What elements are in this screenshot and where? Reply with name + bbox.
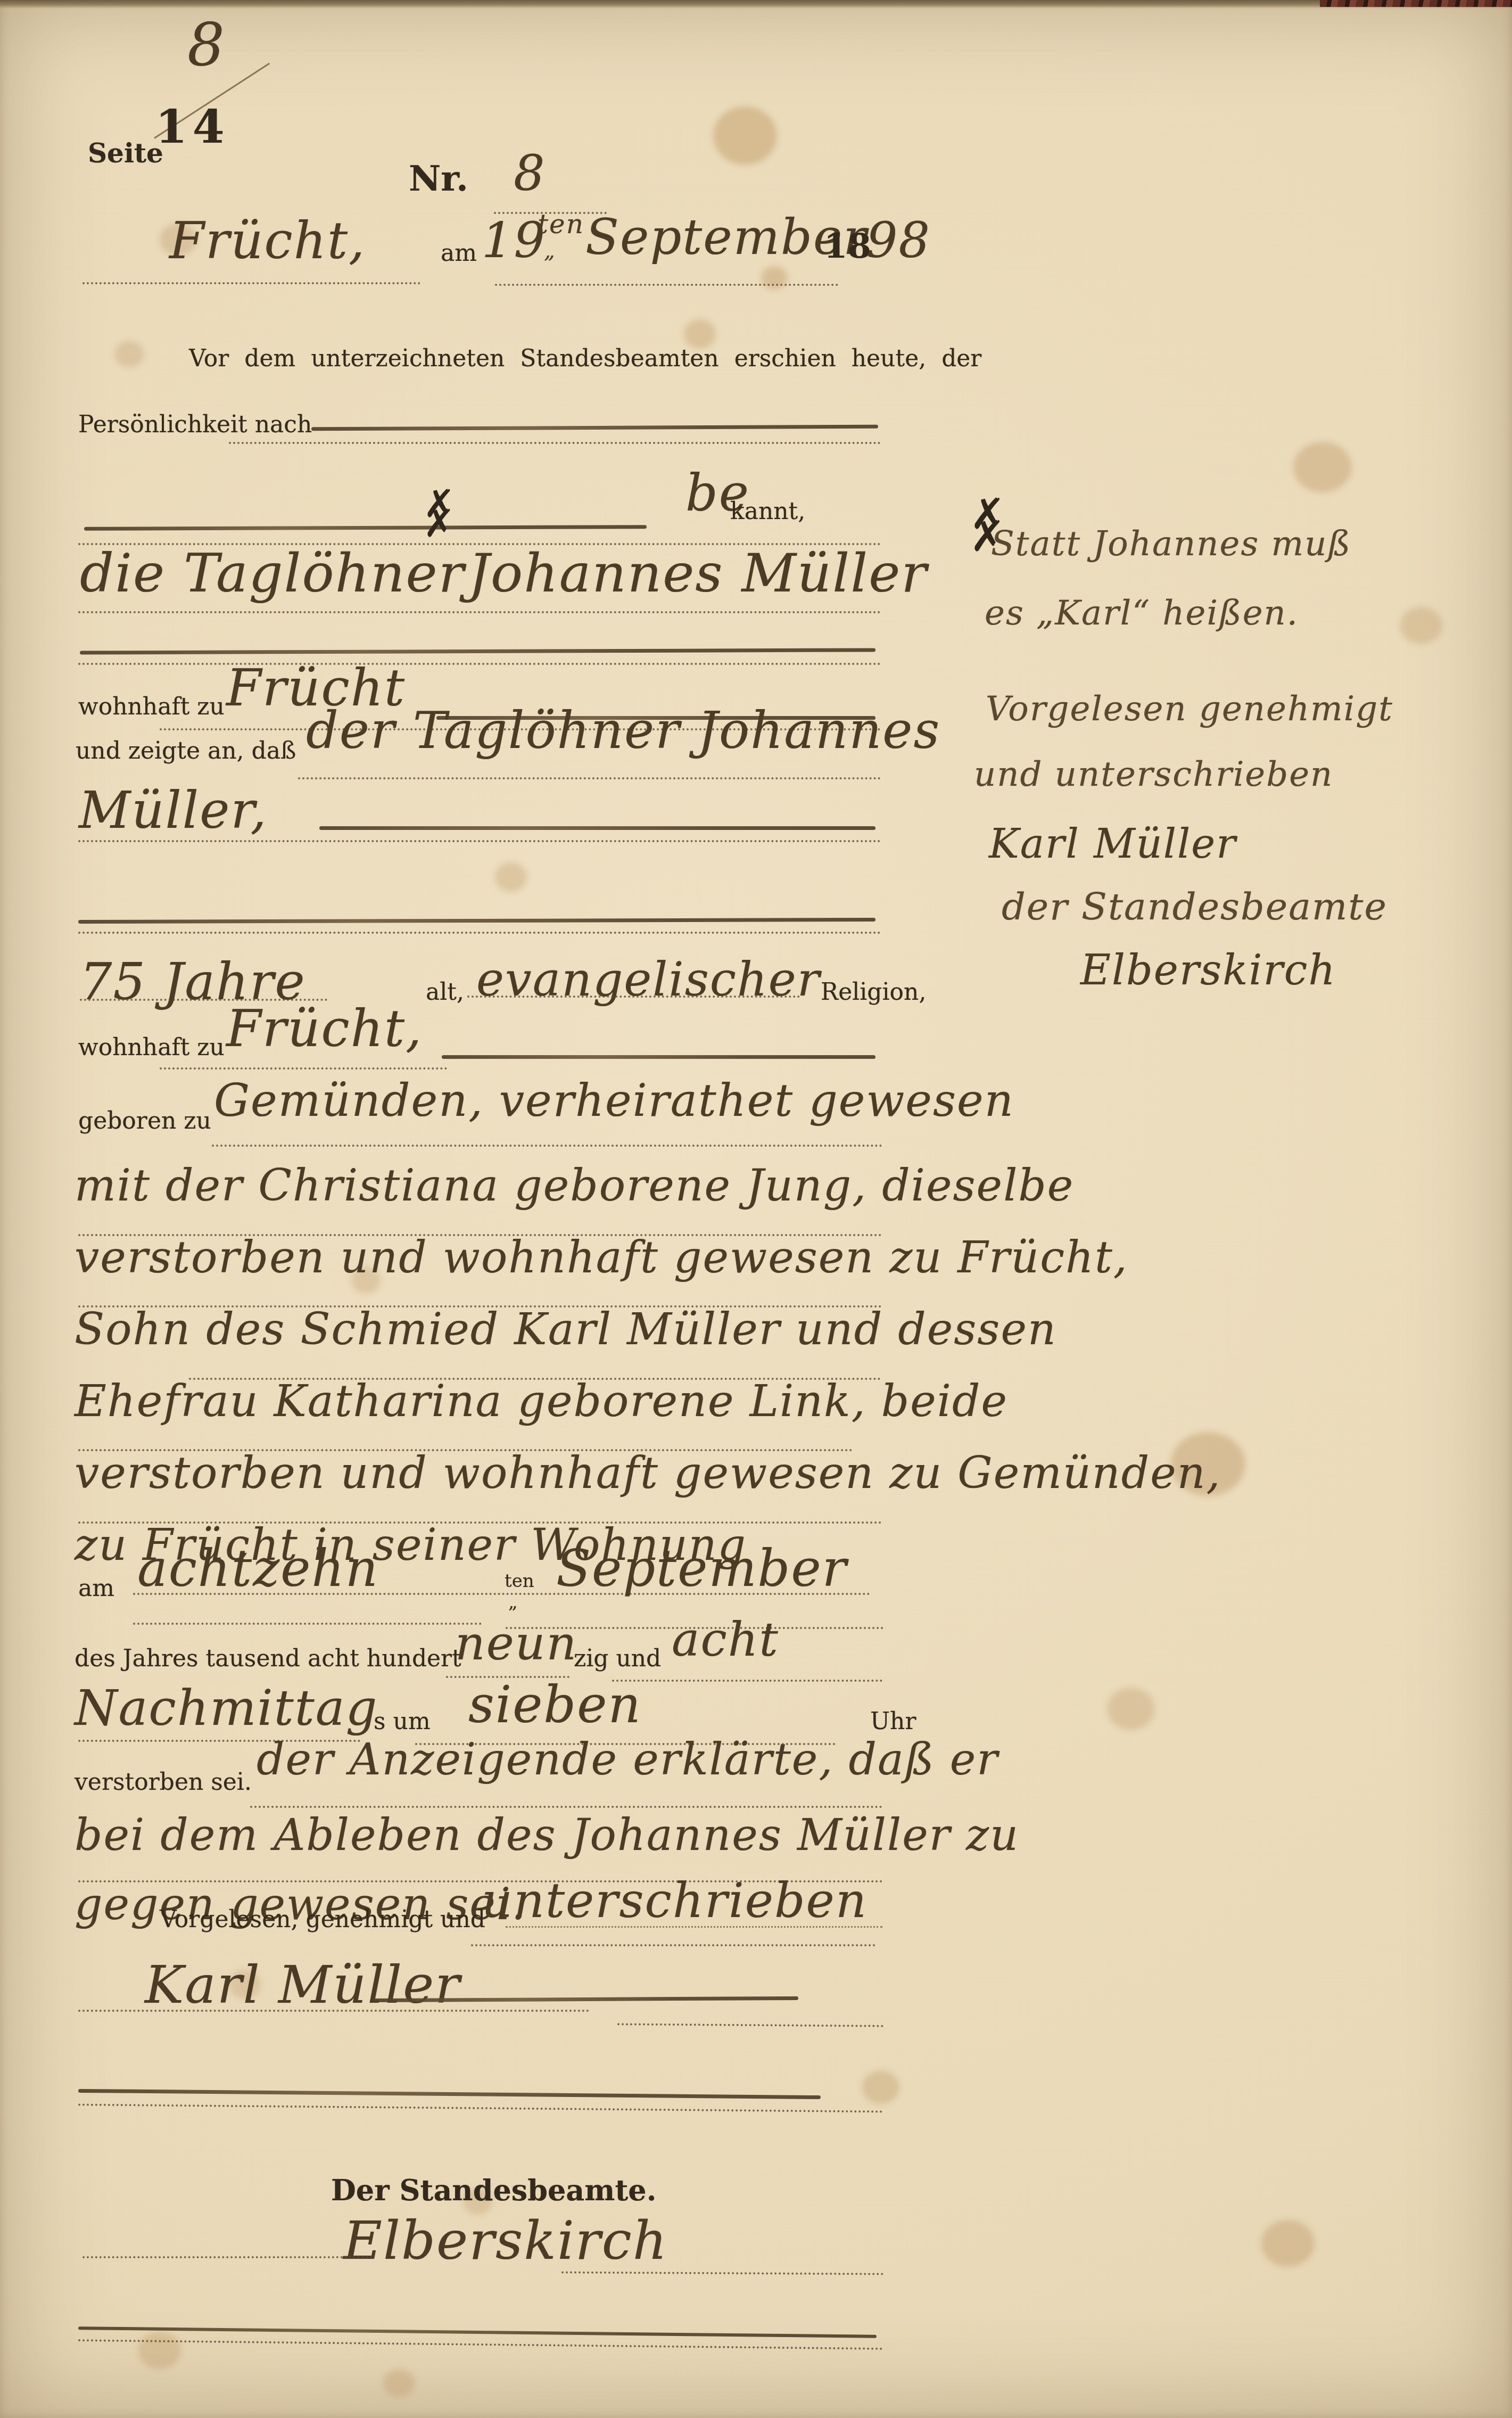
ruled-line [212,1145,882,1147]
ink-filled-line [78,2326,877,2338]
ruled-line [612,1680,882,1682]
official-signature: Elberskirch [343,2209,668,2272]
death-month-handwritten: September [556,1540,847,1598]
dateline-place: Frücht, [169,212,366,270]
register-page: 8 Seite 14 Nr. 8 Frücht, am 19 ten „ Sep… [0,0,1512,2418]
book-cover-sliver [1320,0,1512,7]
margin-note-line: Statt Johannes muß [991,524,1351,564]
margin-note-line: es „Karl“ heißen. [985,594,1299,633]
page-top-edge [0,0,1512,9]
year-prefix-label: des Jahres tausend acht hundert [75,1645,461,1672]
statement-handwritten-line1: der Anzeigende erklärte, daß er [257,1734,998,1785]
ink-filled-line [311,425,878,431]
seite-label: Seite [88,137,163,169]
insertion-mark: ✗✗ [423,494,455,534]
foxing-spot [684,319,716,349]
ink-filled-line [80,648,875,654]
foxing-spot [761,266,788,290]
ruled-line [617,2023,883,2027]
residence-2-handwritten: Frücht, [226,1000,423,1058]
wohnhaft-label-2: wohnhaft zu [78,1034,225,1061]
dateline-day: 19 [482,212,546,269]
nr-value-handwritten: 8 [514,145,546,202]
dateline-am-label: am [441,240,477,267]
intro-line: Vor dem unterzeichneten Standesbeamten e… [189,345,981,372]
dateline-day-suffix: ten [538,209,584,240]
ruled-line [495,284,838,286]
born-handwritten: Gemünden, verheirathet gewesen [214,1074,1014,1126]
body-line: mit der Christiana geborene Jung, diesel… [75,1161,1074,1211]
zig-und-label: zig und [574,1645,661,1672]
folio-number-handwritten: 8 [187,11,226,79]
religion-label: Religion, [821,978,926,1006]
margin-role-line: der Standesbeamte [1002,885,1387,928]
identity-label: Persönlichkeit nach [78,411,312,438]
kannt-printed: kannt, [730,498,805,525]
closing-label: Vorgelesen, genehmigt und [160,1906,485,1933]
ruled-line [133,1623,482,1625]
foxing-spot [713,106,777,165]
margin-note-line: und unterschrieben [974,755,1333,794]
ruled-line [78,2010,589,2012]
ruled-line [82,282,420,284]
foxing-spot [1107,1688,1155,1730]
ruled-line [78,840,881,842]
verstorben-label: verstorben sei. [75,1769,252,1796]
page-number: 14 [155,100,230,154]
ink-filled-line [78,918,875,924]
ruled-line [78,2339,883,2350]
statement-handwritten-line2: bei dem Ableben des Johannes Müller zu [75,1810,1019,1861]
foxing-spot [495,862,527,892]
ruled-line [471,1944,875,1946]
margin-declarant-signature: Karl Müller [989,820,1237,867]
death-am-label: am [78,1575,114,1602]
foxing-spot [138,2332,181,2369]
declarant-signature: Karl Müller [145,1955,461,2016]
death-day-suffix: ten [505,1570,534,1592]
ink-filled-line [442,1055,875,1059]
ruled-line [467,996,800,998]
ruled-line [250,1806,882,1808]
ruled-line [298,777,881,779]
ruled-line [78,663,881,665]
ruled-line [82,2256,373,2258]
wohnhaft-label-1: wohnhaft zu [78,693,225,720]
ink-filled-line [78,2089,821,2099]
religion-handwritten: evangelischer [476,952,821,1007]
ink-filled-line [84,525,647,531]
foxing-spot [1400,607,1442,644]
body-line: Sohn des Schmied Karl Müller und dessen [75,1304,1057,1355]
body-line: Ehefrau Katharina geborene Link, beide [75,1376,1008,1427]
daypart-handwritten: Nachmittag [75,1680,378,1737]
body-line: verstorben und wohnhaft gewesen zu Gemün… [75,1448,1221,1499]
deceased-handwritten-line2: Müller, [79,782,268,840]
hour-handwritten: sieben [468,1676,642,1734]
year-tens-handwritten: neun [455,1616,577,1671]
death-day-suffix-tick: „ [508,1592,518,1613]
death-day-handwritten: achtzehn [137,1540,379,1598]
margin-note-line: Vorgelesen genehmigt [986,689,1393,729]
declarant-handwritten-part1: die Taglöhner [80,542,465,604]
official-title: Der Standesbeamte. [331,2173,656,2207]
margin-official-signature: Elberskirch [1080,947,1336,994]
ruled-line [78,2103,883,2112]
s-um-label: s um [374,1708,431,1735]
closing-handwritten: unterschrieben [482,1873,867,1929]
foxing-spot [383,2369,415,2397]
uhr-label: Uhr [870,1708,916,1735]
anzeige-label: und zeigte an, daß [76,737,296,764]
foxing-spot [862,2071,899,2104]
ruled-line [229,442,881,444]
dateline-suffix-tick: „ [544,238,556,263]
declarant-handwritten-part2: Johannes Müller [468,542,928,604]
ruled-line [160,1067,447,1070]
ruled-line [78,932,881,934]
geboren-label: geboren zu [78,1107,211,1134]
foxing-spot [1261,2220,1315,2267]
ruled-line [78,611,881,613]
body-line: verstorben und wohnhaft gewesen zu Früch… [75,1232,1128,1283]
dateline-year-handwritten: 98 [866,212,931,269]
dateline-century-printed: 18 [824,226,871,266]
ruled-line [561,2271,883,2275]
foxing-spot [114,341,144,367]
year-units-handwritten: acht [672,1612,779,1667]
foxing-spot [1293,442,1352,492]
ink-filled-line [319,826,875,830]
deceased-handwritten-line1: der Taglöhner Johannes [306,702,940,760]
nr-label: Nr. [409,158,468,199]
alt-label: alt, [426,978,464,1006]
